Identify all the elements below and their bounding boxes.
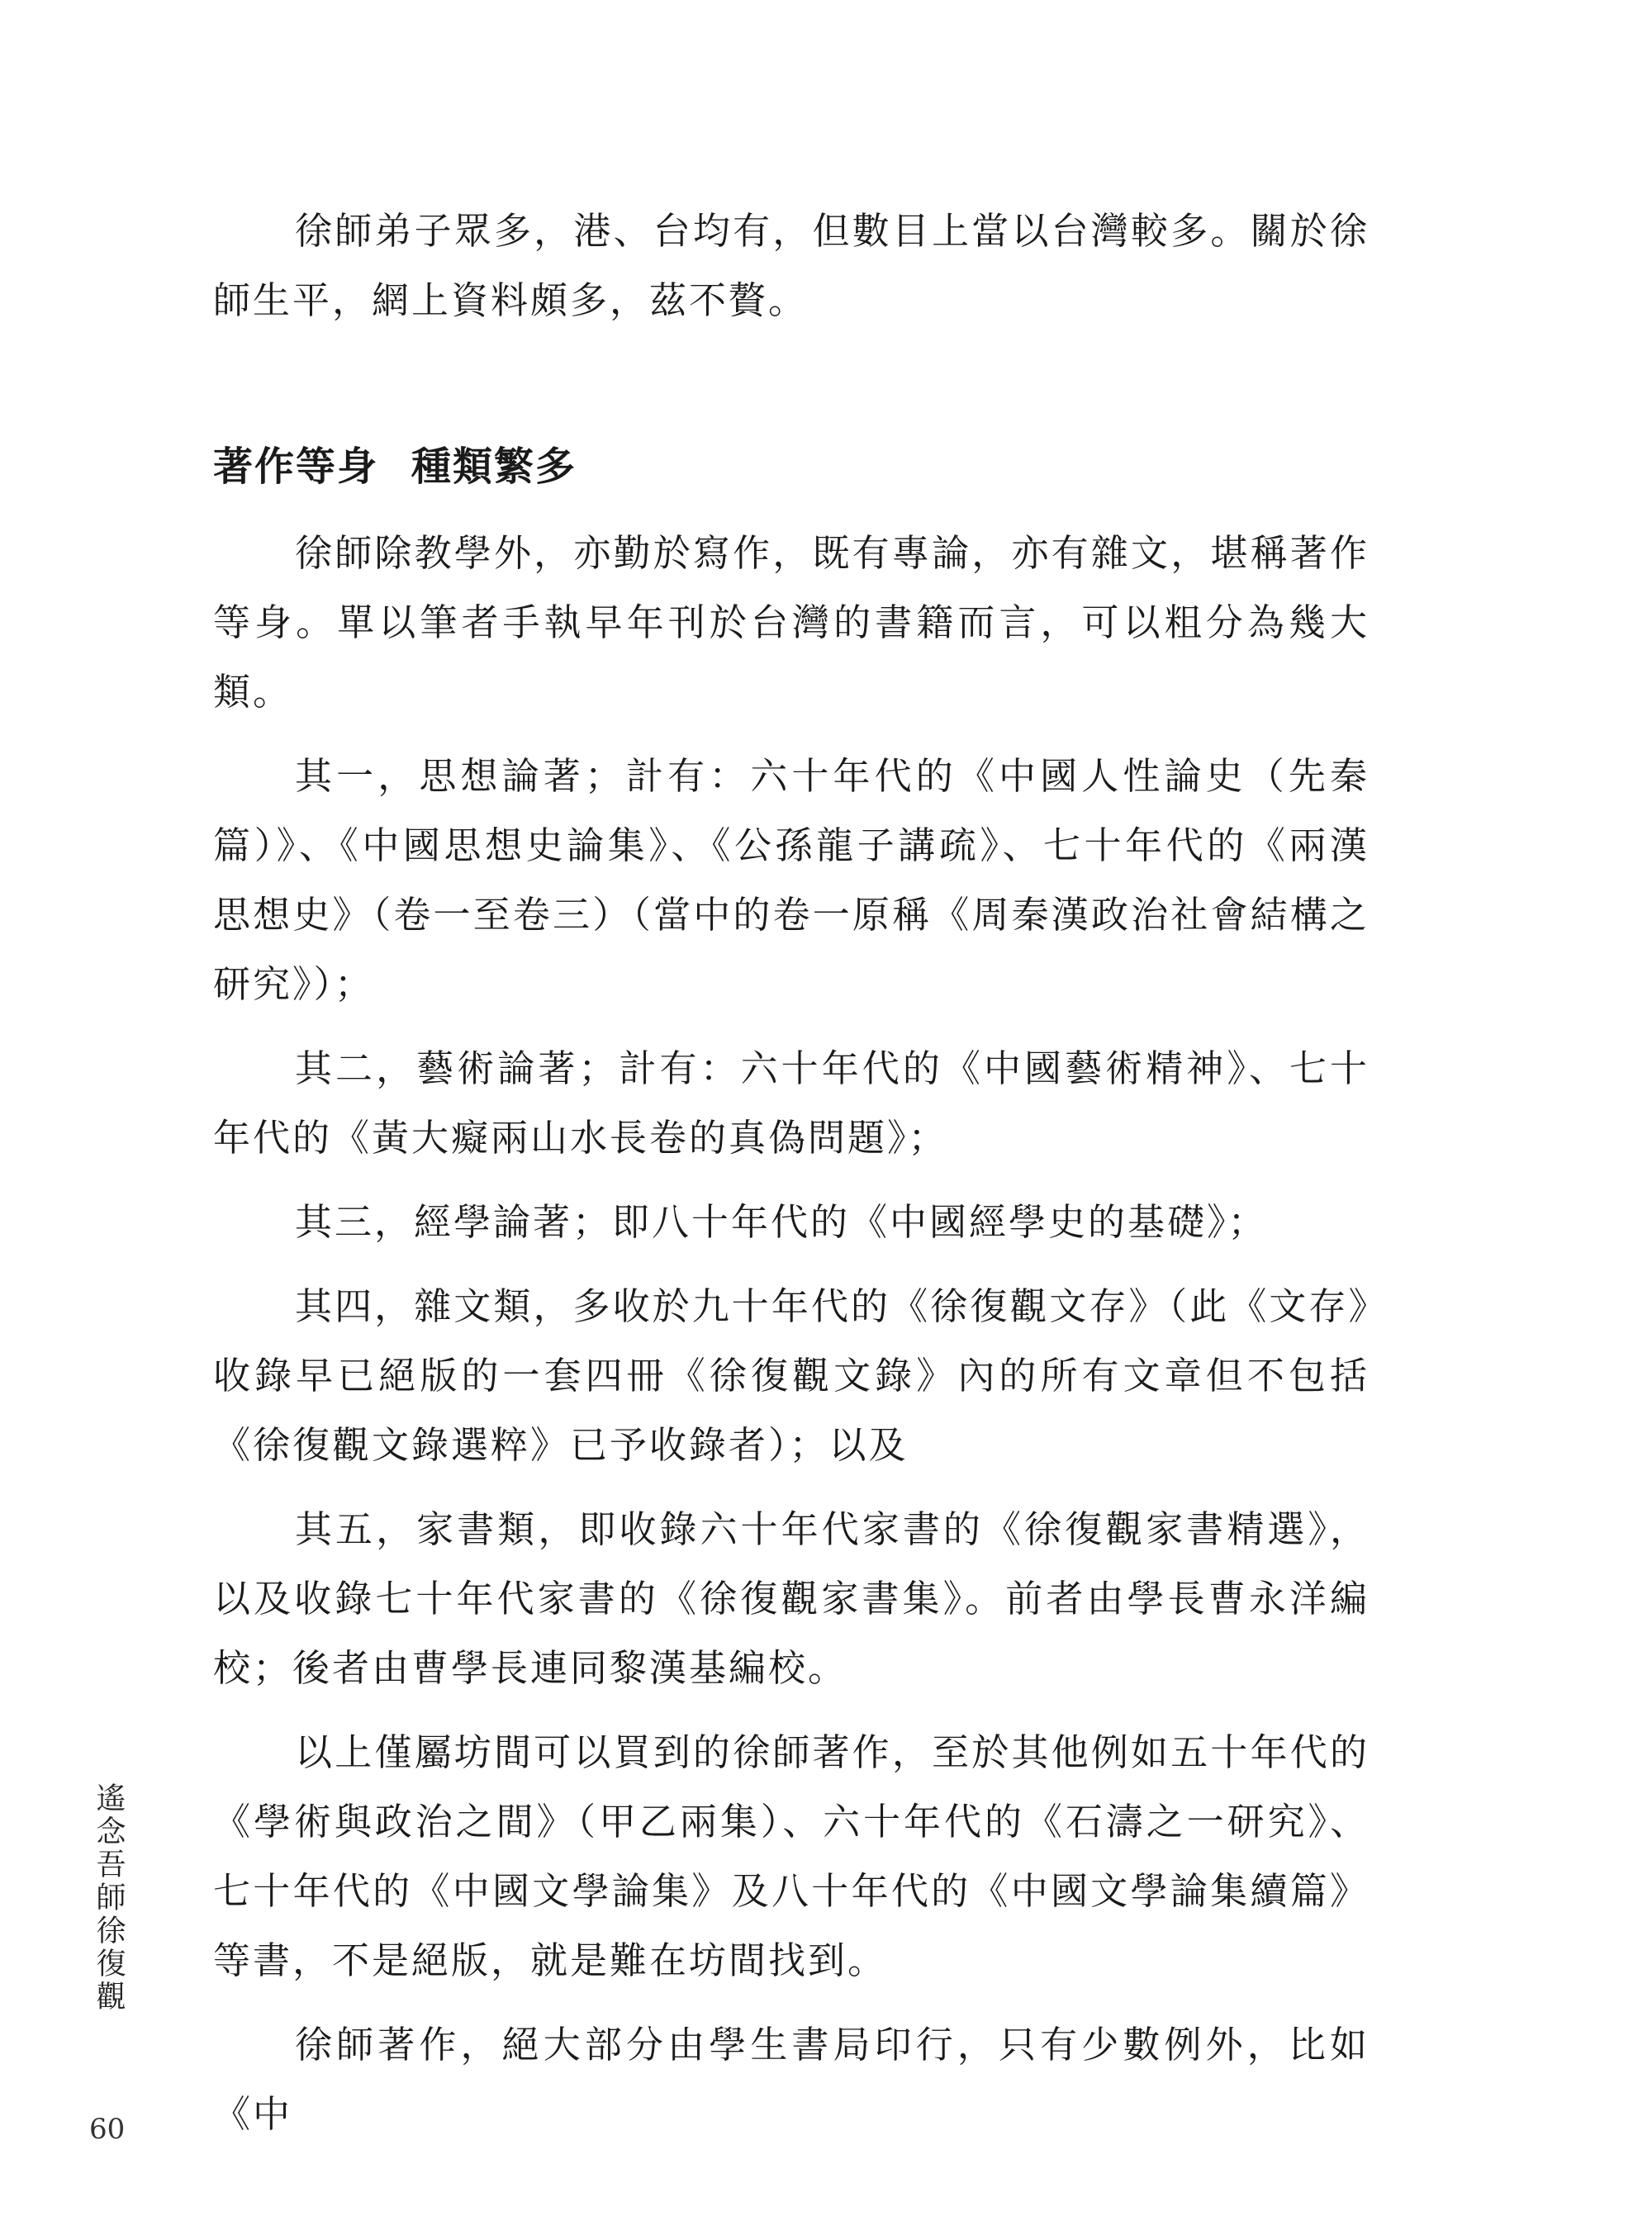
page-body: 徐師弟子眾多，港、台均有，但數目上當以台灣較多。關於徐師生平，網上資料頗多，茲不… [213,197,1370,335]
paragraph-publisher: 徐師著作，絕大部分由學生書局印行，只有少數例外，比如《中 [213,2010,1370,2149]
running-title: 遙念吾師徐復觀 [86,1782,126,2014]
paragraph-category-4: 其四，雜文類，多收於九十年代的《徐復觀文存》（此《文存》收錄早已絕版的一套四冊《… [213,1272,1370,1480]
paragraph-other-works: 以上僅屬坊間可以買到的徐師著作，至於其他例如五十年代的《學術與政治之間》（甲乙兩… [213,1718,1370,1995]
paragraph-category-1: 其一，思想論著；計有：六十年代的《中國人性論史（先秦篇）》、《中國思想史論集》、… [213,742,1370,1019]
section-body: 徐師除教學外，亦勤於寫作，既有專論，亦有雜文，堪稱著作等身。單以筆者手執早年刊於… [213,519,1370,2149]
paragraph-overview: 徐師除教學外，亦勤於寫作，既有專論，亦有雜文，堪稱著作等身。單以筆者手執早年刊於… [213,519,1370,727]
section-heading-part2: 種類繁多 [411,444,577,490]
paragraph-category-5: 其五，家書類，即收錄六十年代家書的《徐復觀家書精選》，以及收錄七十年代家書的《徐… [213,1495,1370,1703]
paragraph-category-2: 其二，藝術論著；計有：六十年代的《中國藝術精神》、七十年代的《黃大癡兩山水長卷的… [213,1034,1370,1173]
page-number: 60 [89,2113,125,2146]
intro-paragraph: 徐師弟子眾多，港、台均有，但數目上當以台灣較多。關於徐師生平，網上資料頗多，茲不… [213,197,1370,335]
paragraph-category-3: 其三，經學論著；即八十年代的《中國經學史的基礎》； [213,1188,1370,1257]
section-heading-part1: 著作等身 [213,444,378,490]
section-heading: 著作等身種類繁多 [213,442,577,491]
